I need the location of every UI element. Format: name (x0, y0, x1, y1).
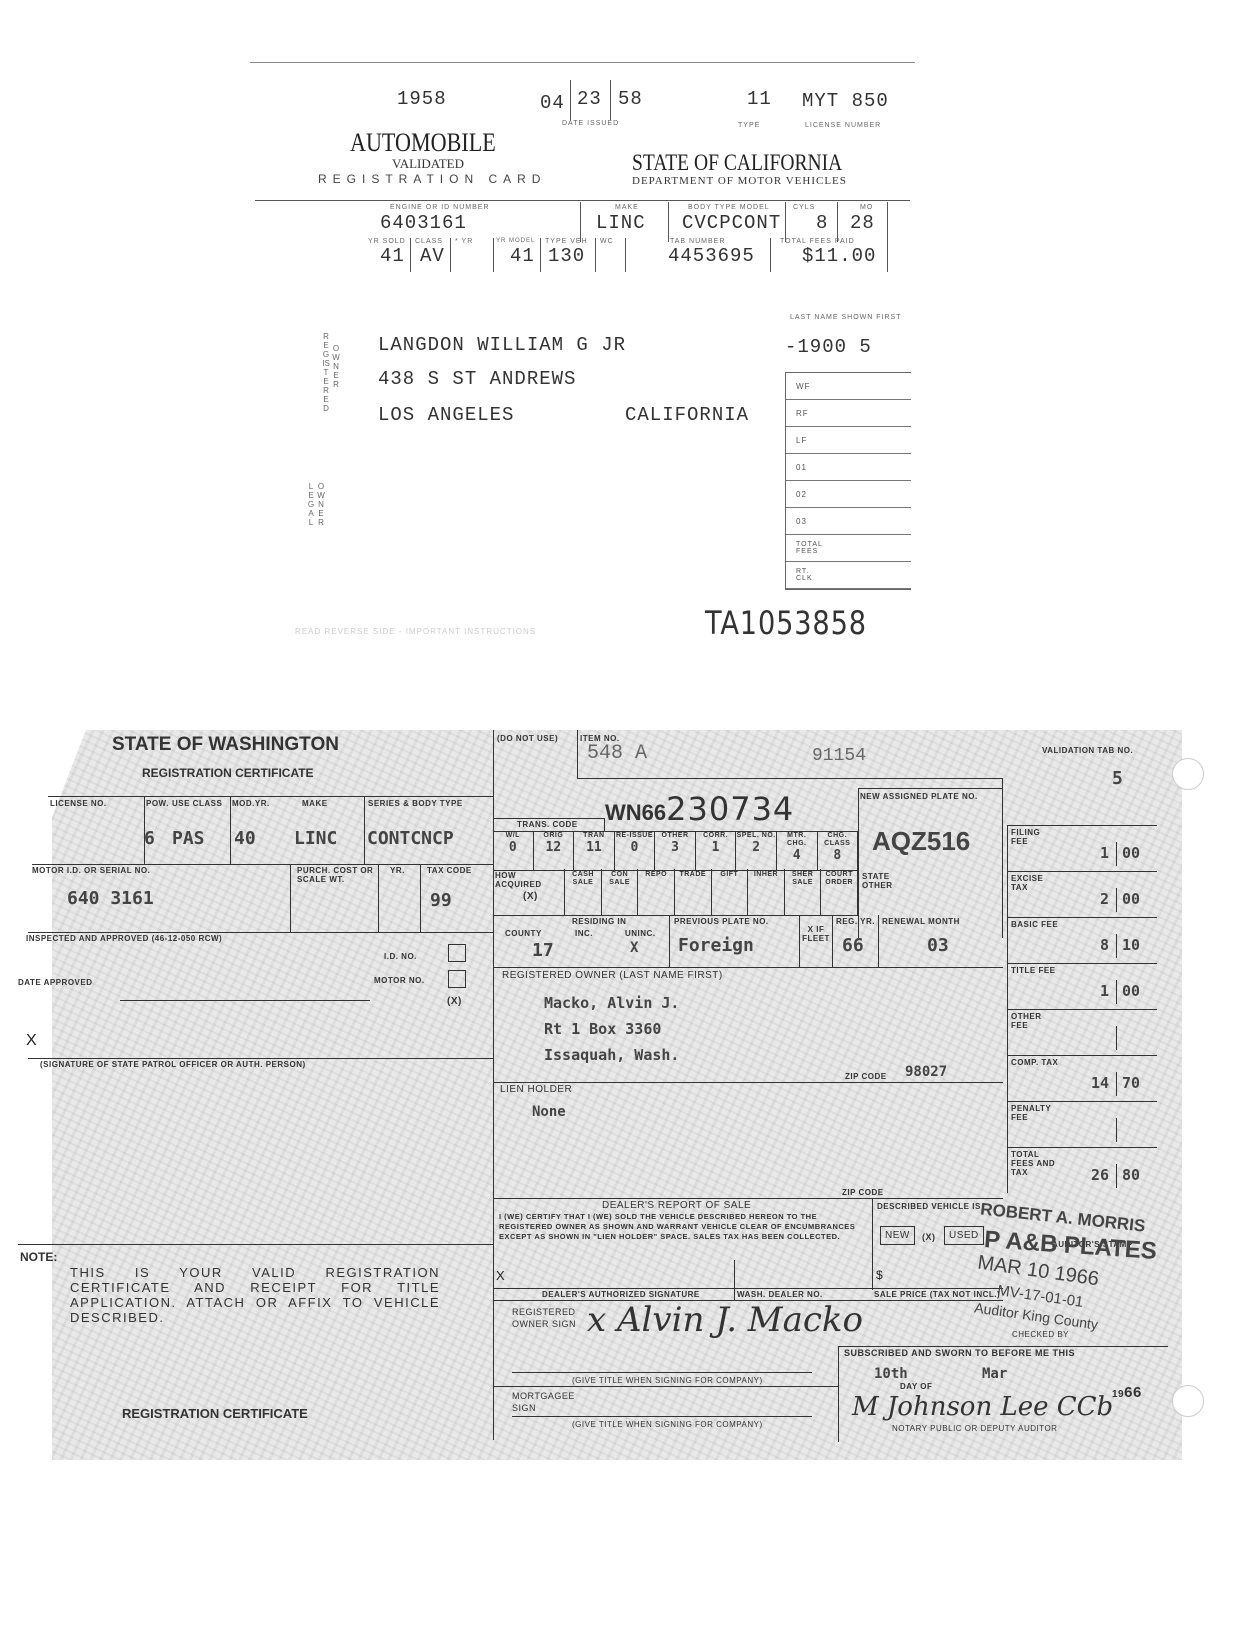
trans-code-label: SPEL. NO. (736, 832, 776, 840)
dealer-report-title: DEALER'S REPORT OF SALE (602, 1200, 751, 1211)
date-issued-month: 04 (540, 92, 565, 114)
fee-cents: 80 (1122, 1166, 1140, 1184)
card-title: AUTOMOBILE (350, 128, 496, 158)
day-of-label: DAY OF (900, 1382, 932, 1391)
id-no-checkbox[interactable] (448, 944, 466, 962)
star-yr-label: * YR (455, 238, 473, 245)
trans-code-value: 1 (696, 840, 736, 855)
reverse-side-note: READ REVERSE SIDE - IMPORTANT INSTRUCTIO… (295, 627, 536, 636)
how-acquired-option[interactable]: GIFT (712, 869, 749, 915)
yr-sold-label: YR SOLD (368, 238, 406, 245)
reg-yr-label: REG. YR. (836, 917, 875, 926)
card-serial-number: TA1053858 (705, 604, 867, 642)
dealer-no-label: WASH. DEALER NO. (737, 1290, 823, 1299)
fee-label: FILING FEE (1008, 826, 1062, 848)
renewal-month-value: 03 (927, 935, 949, 956)
tab-number: 4453695 (668, 245, 755, 267)
mod-yr-value: 40 (234, 828, 256, 849)
cyls-value: 8 (816, 212, 828, 234)
fee-row: COMP. TAX1470 (1007, 1055, 1157, 1101)
pow-label: POW. (146, 799, 169, 808)
patrol-signature-label: (SIGNATURE OF STATE PATROL OFFICER OR AU… (40, 1060, 306, 1069)
motor-no-label: MOTOR NO. (374, 976, 425, 985)
new-vehicle-box[interactable]: NEW (880, 1226, 915, 1245)
trans-code-label: W/L (493, 832, 533, 840)
validation-tab-label: VALIDATION TAB NO. (1042, 746, 1133, 755)
item-extra-value: 91154 (812, 746, 866, 766)
fee-label: EXCISE TAX (1008, 872, 1062, 894)
date-approved-label: DATE APPROVED (18, 978, 93, 987)
certificate-title: REGISTRATION CERTIFICATE (142, 766, 314, 780)
trans-code-cell: CHG. CLASS8 (818, 832, 859, 870)
type-label: TYPE (738, 122, 760, 129)
series-label: SERIES & BODY TYPE (368, 799, 463, 808)
sworn-label: SUBSCRIBED AND SWORN TO BEFORE ME THIS (844, 1348, 1075, 1358)
pow-value: 6 (144, 828, 155, 849)
note-text: THIS IS YOUR VALID REGISTRATION CERTIFIC… (70, 1265, 440, 1325)
wc-label: WC (600, 238, 614, 245)
fee-row: BASIC FEE810 (1007, 917, 1157, 963)
registered-owner-vertical-label: REGISTEREDOWNER (322, 332, 340, 413)
fee-row: OTHER FEE (1007, 1009, 1157, 1055)
trans-code-cell: MTR. CHG.4 (777, 832, 818, 870)
sworn-year: 1966 (1112, 1384, 1142, 1401)
tax-code-value: 99 (430, 890, 452, 911)
last-name-note: LAST NAME SHOWN FIRST (790, 314, 902, 321)
california-registration-card: 1958 04 23 58 DATE ISSUED 11 TYPE MYT 85… (250, 62, 915, 652)
mod-yr-label: MOD.YR. (232, 799, 270, 808)
owner-city: LOS ANGELES (378, 404, 514, 426)
fee-cents: 00 (1122, 844, 1140, 862)
how-acquired-label: HOW ACQUIRED (493, 869, 564, 891)
fee-dollars: 2 (1100, 890, 1109, 908)
lien-holder-value: None (532, 1104, 566, 1120)
fee-row: 02 (786, 481, 911, 508)
trans-code-label: ORIG (534, 832, 574, 840)
county-value: 17 (532, 940, 554, 961)
trans-code-cell: TRAN11 (574, 832, 615, 870)
county-label: COUNTY (505, 929, 542, 938)
notary-label: NOTARY PUBLIC OR DEPUTY AUDITOR (892, 1424, 1057, 1433)
fee-row: 01 (786, 454, 911, 481)
state-name: STATE OF CALIFORNIA (632, 150, 842, 176)
item-no-value: 548 A (587, 742, 647, 765)
license-number-label: LICENSE NUMBER (805, 122, 881, 129)
trans-code-label: MTR. CHG. (777, 832, 817, 848)
trans-code-cell: W/L0 (493, 832, 534, 870)
registered-owner-city: Issaquah, Wash. (544, 1046, 679, 1064)
fee-row: FILING FEE100 (1007, 825, 1157, 871)
date-issued-day: 23 (577, 88, 602, 110)
dealer-signature-label: DEALER'S AUTHORIZED SIGNATURE (542, 1290, 700, 1299)
washington-registration-certificate: STATE OF WASHINGTON REGISTRATION CERTIFI… (12, 720, 1192, 1480)
engine-number: 6403161 (380, 212, 467, 234)
department-name: DEPARTMENT OF MOTOR VEHICLES (632, 175, 847, 187)
fee-cents: 10 (1122, 936, 1140, 954)
yr-label: YR. (390, 866, 405, 875)
fleet-label: X IF FLEET (802, 925, 830, 943)
how-acquired-option[interactable]: COURT ORDER (821, 869, 858, 915)
trans-code-label: TRANS. CODE (517, 820, 578, 829)
new-plate-value: AQZ516 (872, 826, 970, 857)
uninc-value: X (630, 940, 638, 956)
fee-label: BASIC FEE (1008, 918, 1062, 931)
how-acquired-option-label: REPO (638, 869, 674, 879)
motor-id-label: MOTOR I.D. OR SERIAL NO. (32, 866, 150, 875)
state-other-label: STATE OTHER (862, 872, 912, 890)
owner-street: 438 S ST ANDREWS (378, 368, 576, 390)
fee-cents: 70 (1122, 1074, 1140, 1092)
tab-number-label: TAB NUMBER (670, 238, 725, 245)
registered-owner-name: Macko, Alvin J. (544, 994, 679, 1012)
punch-hole (1172, 758, 1204, 790)
sale-price-dollar: $ (876, 1268, 883, 1282)
fee-total-row: TOTALFEES (786, 535, 911, 562)
company-note: (GIVE TITLE WHEN SIGNING FOR COMPANY) (572, 1420, 763, 1429)
dealer-certify-text: I (WE) CERTIFY THAT I (WE) SOLD THE VEHI… (499, 1212, 869, 1242)
how-acquired-option-label: TRADE (675, 869, 711, 879)
how-acquired-option[interactable]: REPO (638, 869, 675, 915)
total-fees-paid: $11.00 (802, 245, 876, 267)
fee-row: TOTAL FEES AND TAX2680 (1007, 1147, 1157, 1193)
document-number: WN66230734 (605, 790, 794, 828)
type-veh-label: TYPE VEH (545, 238, 588, 245)
residing-in-label: RESIDING IN (572, 917, 626, 926)
how-acquired-mark: (X) (493, 891, 564, 902)
how-acquired-cell: HOW ACQUIRED(X) (493, 869, 565, 915)
registered-owner-sign-label: REGISTERED OWNER SIGN (512, 1306, 582, 1330)
license-number: MYT 850 (802, 90, 889, 112)
motor-no-checkbox[interactable] (448, 970, 466, 988)
fee-row: EXCISE TAX200 (1007, 871, 1157, 917)
type-value: 11 (747, 88, 772, 110)
fee-row: WF (786, 373, 911, 400)
zip-code-label: ZIP CODE (845, 1072, 887, 1081)
registered-owner-street: Rt 1 Box 3360 (544, 1020, 661, 1038)
how-acquired-option[interactable]: CON SALE (602, 869, 639, 915)
trans-code-value: 4 (777, 848, 817, 863)
how-acquired-option-label: SHER SALE (785, 869, 821, 887)
trans-code-label: TRAN (574, 832, 614, 840)
new-plate-label: NEW ASSIGNED PLATE NO. (860, 792, 978, 801)
how-acquired-option-label: CON SALE (602, 869, 638, 887)
trans-code-cell: OTHER3 (655, 832, 696, 870)
trans-code-value: 3 (655, 840, 695, 855)
how-acquired-option-label: INHER (748, 869, 784, 879)
fee-label: TITLE FEE (1008, 964, 1062, 977)
fee-row: TITLE FEE100 (1007, 963, 1157, 1009)
fee-clerk-row: RT.CLK (786, 562, 911, 589)
dealer-signature-x: X (496, 1268, 505, 1283)
fee-cents: 00 (1122, 982, 1140, 1000)
trans-code-row: W/L0ORIG12TRAN11RE-ISSUE0OTHER3CORR.1SPE… (493, 831, 858, 871)
trans-code-value: 0 (493, 840, 533, 855)
owner-state: CALIFORNIA (625, 404, 749, 426)
sworn-day: 10th (874, 1366, 908, 1382)
make-label: MAKE (302, 799, 328, 808)
fee-label: COMP. TAX (1008, 1056, 1062, 1069)
used-vehicle-box[interactable]: USED (944, 1226, 984, 1245)
fee-label: TOTAL FEES AND TAX (1008, 1148, 1062, 1179)
trans-code-value: 2 (736, 840, 776, 855)
cyls-label: CYLS (793, 204, 815, 211)
id-no-label: I.D. NO. (384, 952, 417, 961)
reg-yr-value: 66 (842, 935, 864, 956)
trans-code-label: OTHER (655, 832, 695, 840)
fee-row: PENALTY FEE (1007, 1101, 1157, 1147)
card-top-edge (250, 62, 915, 63)
use-class-value: PAS (172, 828, 205, 849)
trans-code-label: RE-ISSUE (615, 832, 655, 840)
fee-dollars: 8 (1100, 936, 1109, 954)
trans-code-cell: CORR.1 (696, 832, 737, 870)
zip-code-value: 98027 (905, 1064, 947, 1080)
validation-tab-value: 5 (1112, 768, 1123, 789)
checked-by-label: CHECKED BY (1012, 1330, 1069, 1339)
how-acquired-option[interactable]: CASH SALE (565, 869, 602, 915)
fee-dollars: 26 (1091, 1166, 1109, 1184)
sworn-month: Mar (982, 1366, 1007, 1382)
owner-code: -1900 5 (785, 336, 872, 358)
purch-cost-label: PURCH. COST OR SCALE WT. (297, 866, 377, 884)
how-acquired-option-label: CASH SALE (565, 869, 601, 887)
legal-owner-vertical-label: LEGALOWNER (307, 482, 325, 527)
inc-label: INC. (575, 929, 593, 938)
how-acquired-option-label: COURT ORDER (821, 869, 857, 887)
punch-hole (1172, 1385, 1204, 1417)
state-title: STATE OF WASHINGTON (112, 734, 339, 756)
make-value: LINC (596, 212, 646, 234)
lien-zip-label: ZIP CODE (842, 1188, 884, 1197)
registered-owner-signature: x Alvin J. Macko (587, 1300, 863, 1340)
how-acquired-option[interactable]: TRADE (675, 869, 712, 915)
engine-label: ENGINE OR ID NUMBER (390, 204, 490, 211)
class-value: AV (420, 245, 445, 267)
inspection-label: INSPECTED AND APPROVED (46-12-050 RCW) (26, 934, 222, 943)
motor-id-value: 640 3161 (67, 888, 154, 909)
notary-signature: M Johnson Lee CCb (852, 1392, 1113, 1422)
used-mark: (X) (922, 1232, 936, 1242)
signature-x: X (26, 1032, 37, 1050)
fee-label: OTHER FEE (1008, 1010, 1062, 1032)
owner-name: LANGDON WILLIAM G JR (378, 334, 626, 356)
body-type: CVCPCONT (682, 212, 781, 234)
trans-code-value: 8 (818, 848, 858, 863)
trans-code-label: CHG. CLASS (818, 832, 858, 848)
body-label: BODY TYPE MODEL (688, 204, 770, 211)
date-issued-label: DATE ISSUED (562, 120, 619, 127)
how-acquired-option[interactable]: SHER SALE (785, 869, 822, 915)
previous-plate-value: Foreign (678, 935, 754, 956)
uninc-label: UNINC. (625, 929, 656, 938)
fees-column: FILING FEE100EXCISE TAX200BASIC FEE810TI… (1007, 825, 1157, 1193)
registration-year: 1958 (397, 88, 447, 110)
fee-cents: 00 (1122, 890, 1140, 908)
registered-owner-label: REGISTERED OWNER (LAST NAME FIRST) (502, 970, 723, 981)
trans-code-cell: ORIG12 (534, 832, 575, 870)
mortgagee-sign-label: MORTGAGEE SIGN (512, 1390, 572, 1414)
inspection-mark: (X) (447, 996, 462, 1007)
card-label: REGISTRATION CARD (318, 172, 546, 186)
fee-dollars: 1 (1100, 844, 1109, 862)
fee-row: 03 (786, 508, 911, 535)
fee-label: PENALTY FEE (1008, 1102, 1062, 1124)
lien-holder-label: LIEN HOLDER (500, 1084, 572, 1095)
make-value: LINC (294, 828, 337, 849)
note-label: NOTE: (20, 1250, 57, 1264)
license-no-label: LICENSE NO. (50, 799, 107, 808)
total-fees-label: TOTAL FEES PAID (780, 238, 855, 245)
certificate-footer-title: REGISTRATION CERTIFICATE (122, 1406, 308, 1421)
yr-model: 41 (510, 245, 535, 267)
trans-code-label: CORR. (696, 832, 736, 840)
tax-code-label: TAX CODE (427, 866, 472, 875)
card-subtitle: VALIDATED (392, 156, 464, 172)
do-not-use-label: (DO NOT USE) (497, 734, 558, 743)
mo-value: 28 (850, 212, 875, 234)
sale-price-label: SALE PRICE (TAX NOT INCL.) (874, 1290, 1000, 1299)
trans-code-cell: RE-ISSUE0 (615, 832, 656, 870)
how-acquired-option[interactable]: INHER (748, 869, 785, 915)
fee-row: RF (786, 400, 911, 427)
make-label: MAKE (615, 204, 639, 211)
series-value: CONTCNCP (367, 828, 454, 849)
trans-code-cell: SPEL. NO.2 (736, 832, 777, 870)
how-acquired-option-label: GIFT (712, 869, 748, 879)
fee-dollars: 1 (1100, 982, 1109, 1000)
company-note: (GIVE TITLE WHEN SIGNING FOR COMPANY) (572, 1376, 763, 1385)
type-veh: 130 (548, 245, 585, 267)
described-vehicle-label: DESCRIBED VEHICLE IS (877, 1202, 981, 1211)
mo-label: MO (860, 204, 873, 211)
trans-code-value: 0 (615, 840, 655, 855)
class-label: CLASS (415, 238, 443, 245)
fee-box: WF RF LF 01 02 03 TOTALFEES RT.CLK (785, 372, 911, 590)
fee-dollars: 14 (1091, 1074, 1109, 1092)
trans-code-value: 12 (534, 840, 574, 855)
how-acquired-row: HOW ACQUIRED(X)CASH SALECON SALEREPOTRAD… (493, 869, 858, 916)
yr-sold: 41 (380, 245, 405, 267)
use-class-label: USE CLASS (172, 799, 222, 808)
previous-plate-label: PREVIOUS PLATE NO. (674, 917, 769, 926)
fee-row: LF (786, 427, 911, 454)
date-issued-year: 58 (618, 88, 643, 110)
trans-code-value: 11 (574, 840, 614, 855)
renewal-month-label: RENEWAL MONTH (882, 917, 960, 926)
yr-model-label: YR MODEL (496, 238, 535, 244)
